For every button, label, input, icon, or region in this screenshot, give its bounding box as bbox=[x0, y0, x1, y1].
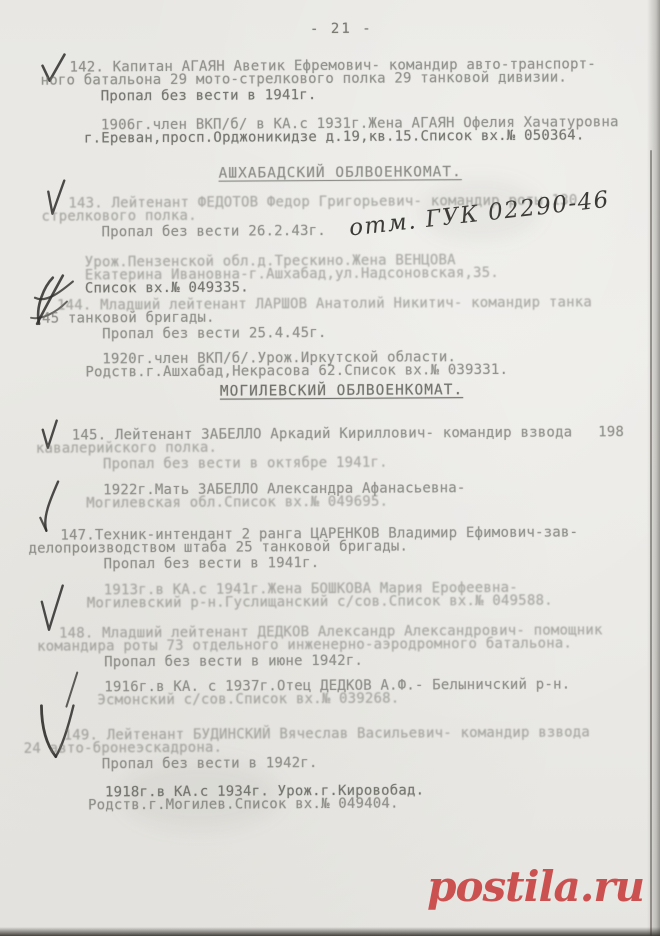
entry-148-missing-line: Пропал без вести в июне 1942г. bbox=[104, 653, 660, 669]
section-header-ashkhabad: АШХАБАДСКИЙ ОБЛВОЕНКОМАТ. bbox=[0, 163, 658, 183]
entry-147-missing-line: Пропал без вести в 1941г. bbox=[104, 555, 660, 571]
entry-144-details-line2: Родств.г.Ашхабад,Некрасова 62.Список вх.… bbox=[85, 363, 659, 380]
entry-142: 142. Капитан АГАЯН Аветик Ефремович- ком… bbox=[0, 58, 658, 104]
entry-147-details: 1913г.в КА.с 1941г.Жена БОШКОВА Мария Ер… bbox=[1, 581, 660, 611]
entry-147-line2: делопроизводством штаба 25 танковой бриг… bbox=[28, 539, 660, 556]
entry-145-line2: кавалерийского полка. bbox=[36, 439, 660, 456]
watermark-text: postila.ru bbox=[427, 862, 644, 911]
entry-149: 149. Лейтенант БУДИНСКИЙ Вячеслав Василь… bbox=[2, 726, 660, 772]
entry-142-details-line2: г.Ереван,просп.Орджоникидзе д.19,кв.15.С… bbox=[84, 129, 658, 146]
entry-145-details-line2: Могилевская обл.Список вх.№ 049695. bbox=[86, 494, 660, 511]
paper-stain bbox=[420, 180, 540, 240]
entry-149-details: 1918г.в КА.с 1934г. Урож.г.Кировобад. Ро… bbox=[2, 783, 660, 813]
section-header-mogilev: МОГИЛЕВСКИЙ ОБЛВОЕНКОМАТ. bbox=[0, 381, 660, 401]
entry-142-details: 1906г.член ВКП/б/ в КА.с 1931г.Жена АГАЯ… bbox=[0, 116, 658, 146]
entry-142-missing-line: Пропал без вести в 1941г. bbox=[101, 87, 658, 103]
page-number: - 21 - bbox=[0, 19, 657, 39]
entry-147-details-line2: Могилевский р-н.Гуслищанский с/сов.Списо… bbox=[87, 594, 660, 611]
entry-143-details-line3: Список вх.№ 049335. bbox=[85, 279, 659, 296]
scan-edge-bottom bbox=[0, 927, 660, 936]
entry-148-details-line2: Эсмонский с/сов.Список вх.№ 039268. bbox=[97, 691, 660, 707]
scan-edge-right bbox=[647, 0, 660, 936]
entry-148: 148. Младший лейтенант ДЕДКОВ Александр … bbox=[1, 624, 660, 670]
entry-145-missing-line: Пропал без вести в октябре 1941г. bbox=[103, 455, 660, 471]
scanned-document-page: - 21 - 142. Капитан АГАЯН Аветик Ефремов… bbox=[0, 0, 660, 936]
paper-stain bbox=[120, 760, 280, 830]
entry-145: 145. Лейтенант ЗАБЕЛЛО Аркадий Кириллови… bbox=[0, 426, 660, 472]
entry-144-line2: 45 танковой бригады. bbox=[42, 309, 659, 326]
entry-148-details: 1916г.в КА. с 1937г.Отец ДЕДКОВ А.Ф.- Бе… bbox=[1, 678, 660, 708]
entry-143-details: Урож.Пензенской обл.д.Трескино.Жена ВЕНЦ… bbox=[0, 253, 659, 296]
entry-149-line2: 24 авто-бронеэскадрона. bbox=[24, 739, 660, 756]
entry-142-line2: ного батальона 29 мото-стрелкового полка… bbox=[41, 71, 658, 88]
entry-148-line2: командира роты 73 отдельного инженерно-а… bbox=[37, 637, 660, 654]
entry-145-details: 1922г.Мать ЗАБЕЛЛО Александра Афанасьевн… bbox=[0, 481, 660, 511]
entry-144-details: 1920г.член ВКП/б/.Урож.Иркутской области… bbox=[0, 350, 659, 380]
entry-144-missing-line: Пропал без вести 25.4.45г. bbox=[102, 325, 659, 341]
scan-edge-line bbox=[650, 150, 652, 936]
entry-144: 144. Младший лейтенант ЛАРШОВ Анатолий Н… bbox=[0, 296, 659, 342]
entry-147: 147.Техник-интендант 2 ранга ЦАРЕНКОВ Вл… bbox=[0, 526, 660, 572]
